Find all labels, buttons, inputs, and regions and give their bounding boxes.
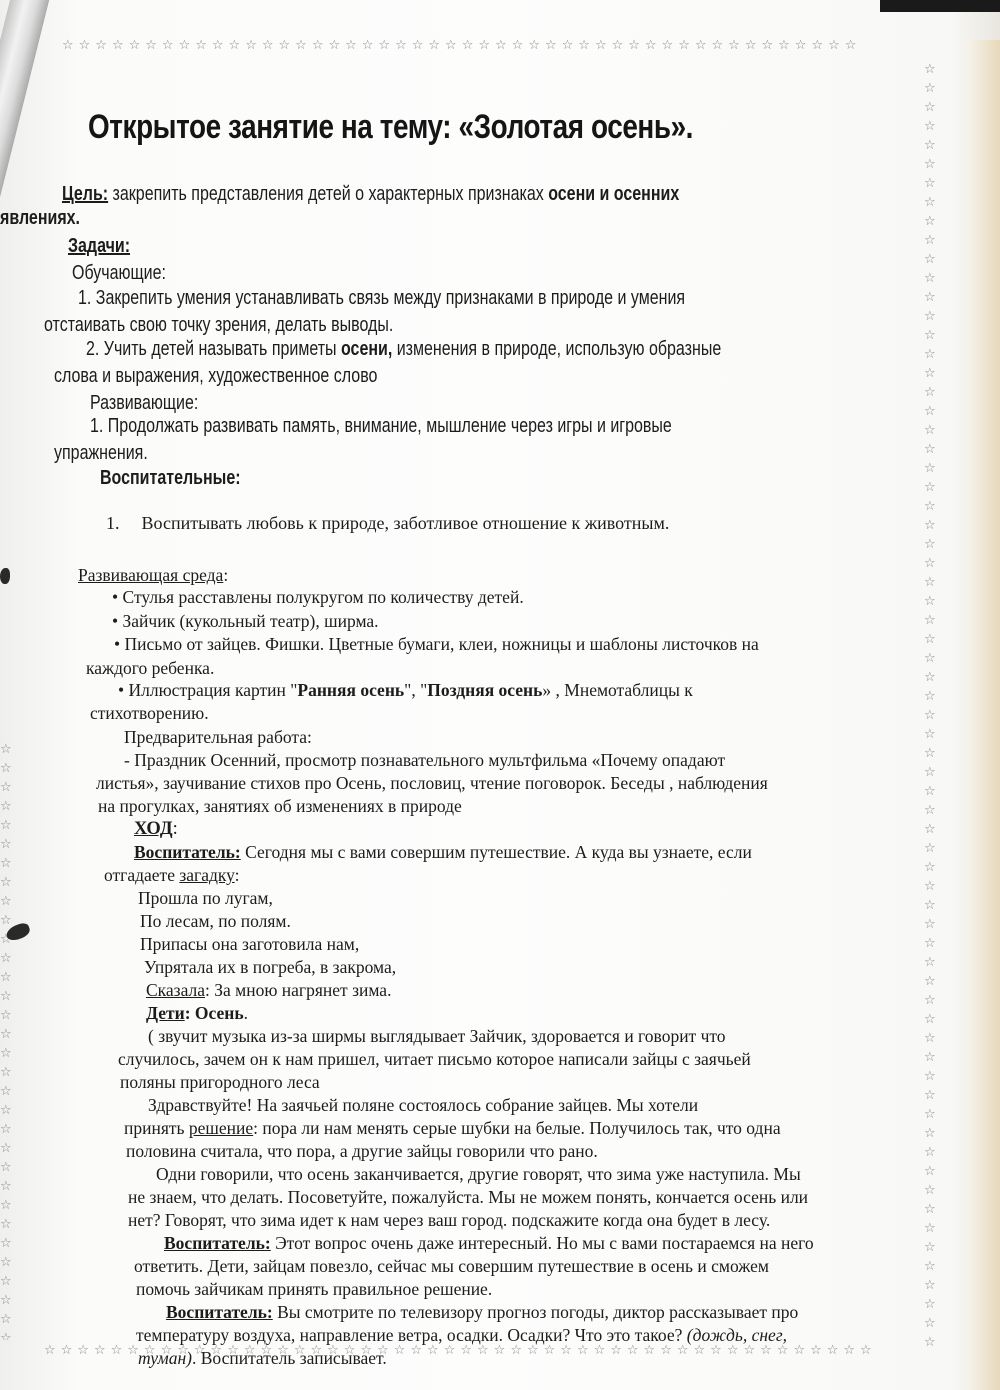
environment-item-cont: каждого ребенка. bbox=[86, 657, 214, 679]
stage-direction: случилось, зачем он к нам пришел, читает… bbox=[118, 1048, 751, 1070]
upbringing-label: Воспитательные: bbox=[100, 467, 241, 489]
developing-item-1: 1. Продолжать развивать память, внимание… bbox=[90, 415, 672, 437]
letter-line: Здравствуйте! На заячьей поляне состояло… bbox=[148, 1094, 698, 1116]
letter-line: не знаем, что делать. Посоветуйте, пожал… bbox=[128, 1186, 808, 1208]
stage-direction: поляны пригородного леса bbox=[120, 1071, 320, 1093]
star-border-left-icon: ☆☆☆☆☆☆☆☆☆☆☆☆☆☆☆☆☆☆☆☆☆☆☆☆☆☆☆☆☆☆☆☆ bbox=[0, 740, 16, 1340]
goal-label: Цель: bbox=[62, 183, 108, 205]
riddle-line: Прошла по лугам, bbox=[138, 887, 273, 909]
tasks-heading: Задачи: bbox=[68, 235, 130, 257]
teaching-label: Обучающие: bbox=[72, 262, 166, 284]
environment-item: • Иллюстрация картин "Ранняя осень", "По… bbox=[118, 679, 693, 701]
dark-corner bbox=[880, 0, 1000, 40]
teaching-item-2: 2. Учить детей называть приметы осени, и… bbox=[86, 338, 721, 360]
goal-line: Цель: закрепить представления детей о ха… bbox=[62, 183, 679, 205]
ink-blot bbox=[0, 568, 10, 584]
page-edge-strip bbox=[968, 40, 1000, 1390]
developing-item-1-cont: упражнения. bbox=[54, 442, 148, 464]
teacher-line-cont: помочь зайчикам принять правильное решен… bbox=[136, 1278, 492, 1300]
teacher-line: Воспитатель: Вы смотрите по телевизору п… bbox=[166, 1301, 798, 1323]
riddle-line: Сказала: За мною нагрянет зима. bbox=[146, 979, 391, 1001]
pen-object bbox=[0, 0, 57, 474]
star-border-right-icon: ☆☆☆☆☆☆☆☆☆☆☆☆☆☆☆☆☆☆☆☆☆☆☆☆☆☆☆☆☆☆☆☆☆☆☆☆☆☆☆☆… bbox=[924, 60, 940, 1350]
letter-line: Одни говорили, что осень заканчивается, … bbox=[156, 1163, 801, 1185]
goal-line-cont: явлениях. bbox=[0, 207, 80, 229]
page-title: Открытое занятие на тему: «Золотая осень… bbox=[88, 108, 693, 147]
teacher-line-cont: отгадаете загадку: bbox=[104, 864, 240, 886]
teaching-item-1-cont: отстаивать свою точку зрения, делать выв… bbox=[44, 314, 393, 336]
teaching-item-2-cont: слова и выражения, художественное слово bbox=[54, 365, 377, 387]
letter-line: половина считала, что пора, а другие зай… bbox=[126, 1140, 598, 1162]
teacher-line: Воспитатель: Сегодня мы с вами совершим … bbox=[134, 841, 752, 863]
preliminary-line: на прогулках, занятиях об изменениях в п… bbox=[98, 795, 462, 817]
riddle-line: Припасы она заготовила нам, bbox=[140, 933, 359, 955]
environment-item: • Стулья расставлены полукругом по колич… bbox=[112, 586, 524, 608]
teaching-item-1: 1. Закрепить умения устанавливать связь … bbox=[78, 287, 685, 309]
children-answer: Дети: Осень. bbox=[146, 1002, 248, 1024]
course-heading: ХОД: bbox=[134, 818, 178, 840]
upbringing-item-1: 1.Воспитывать любовь к природе, заботлив… bbox=[106, 512, 669, 534]
teacher-line-cont: температуру воздуха, направление ветра, … bbox=[136, 1324, 787, 1346]
environment-item-cont: стихотворению. bbox=[90, 702, 209, 724]
teacher-line: Воспитатель: Этот вопрос очень даже инте… bbox=[164, 1232, 814, 1254]
preliminary-label: Предварительная работа: bbox=[124, 726, 312, 748]
environment-item: • Письмо от зайцев. Фишки. Цветные бумаг… bbox=[114, 633, 759, 655]
teacher-line-cont: туман). Воспитатель записывает. bbox=[138, 1347, 387, 1369]
riddle-line: По лесам, по полям. bbox=[140, 910, 291, 932]
letter-line: принять решение: пора ли нам менять серы… bbox=[124, 1117, 781, 1139]
preliminary-line: листья», заучивание стихов про Осень, по… bbox=[96, 772, 768, 794]
environment-label: Развивающая среда: bbox=[78, 564, 228, 586]
teacher-line-cont: ответить. Дети, зайцам повезло, сейчас м… bbox=[134, 1255, 769, 1277]
star-border-top-icon: ☆☆☆☆☆☆☆☆☆☆☆☆☆☆☆☆☆☆☆☆☆☆☆☆☆☆☆☆☆☆☆☆☆☆☆☆☆☆☆☆… bbox=[62, 38, 942, 53]
letter-line: нет? Говорят, что зима идет к нам через … bbox=[128, 1209, 770, 1231]
riddle-line: Упрятала их в погреба, в закрома, bbox=[144, 956, 396, 978]
developing-label: Развивающие: bbox=[90, 392, 198, 414]
preliminary-line: - Праздник Осенний, просмотр познаватель… bbox=[124, 749, 725, 771]
environment-item: • Зайчик (кукольный театр), ширма. bbox=[112, 610, 379, 632]
stage-direction: ( звучит музыка из-за ширмы выглядывает … bbox=[148, 1025, 726, 1047]
